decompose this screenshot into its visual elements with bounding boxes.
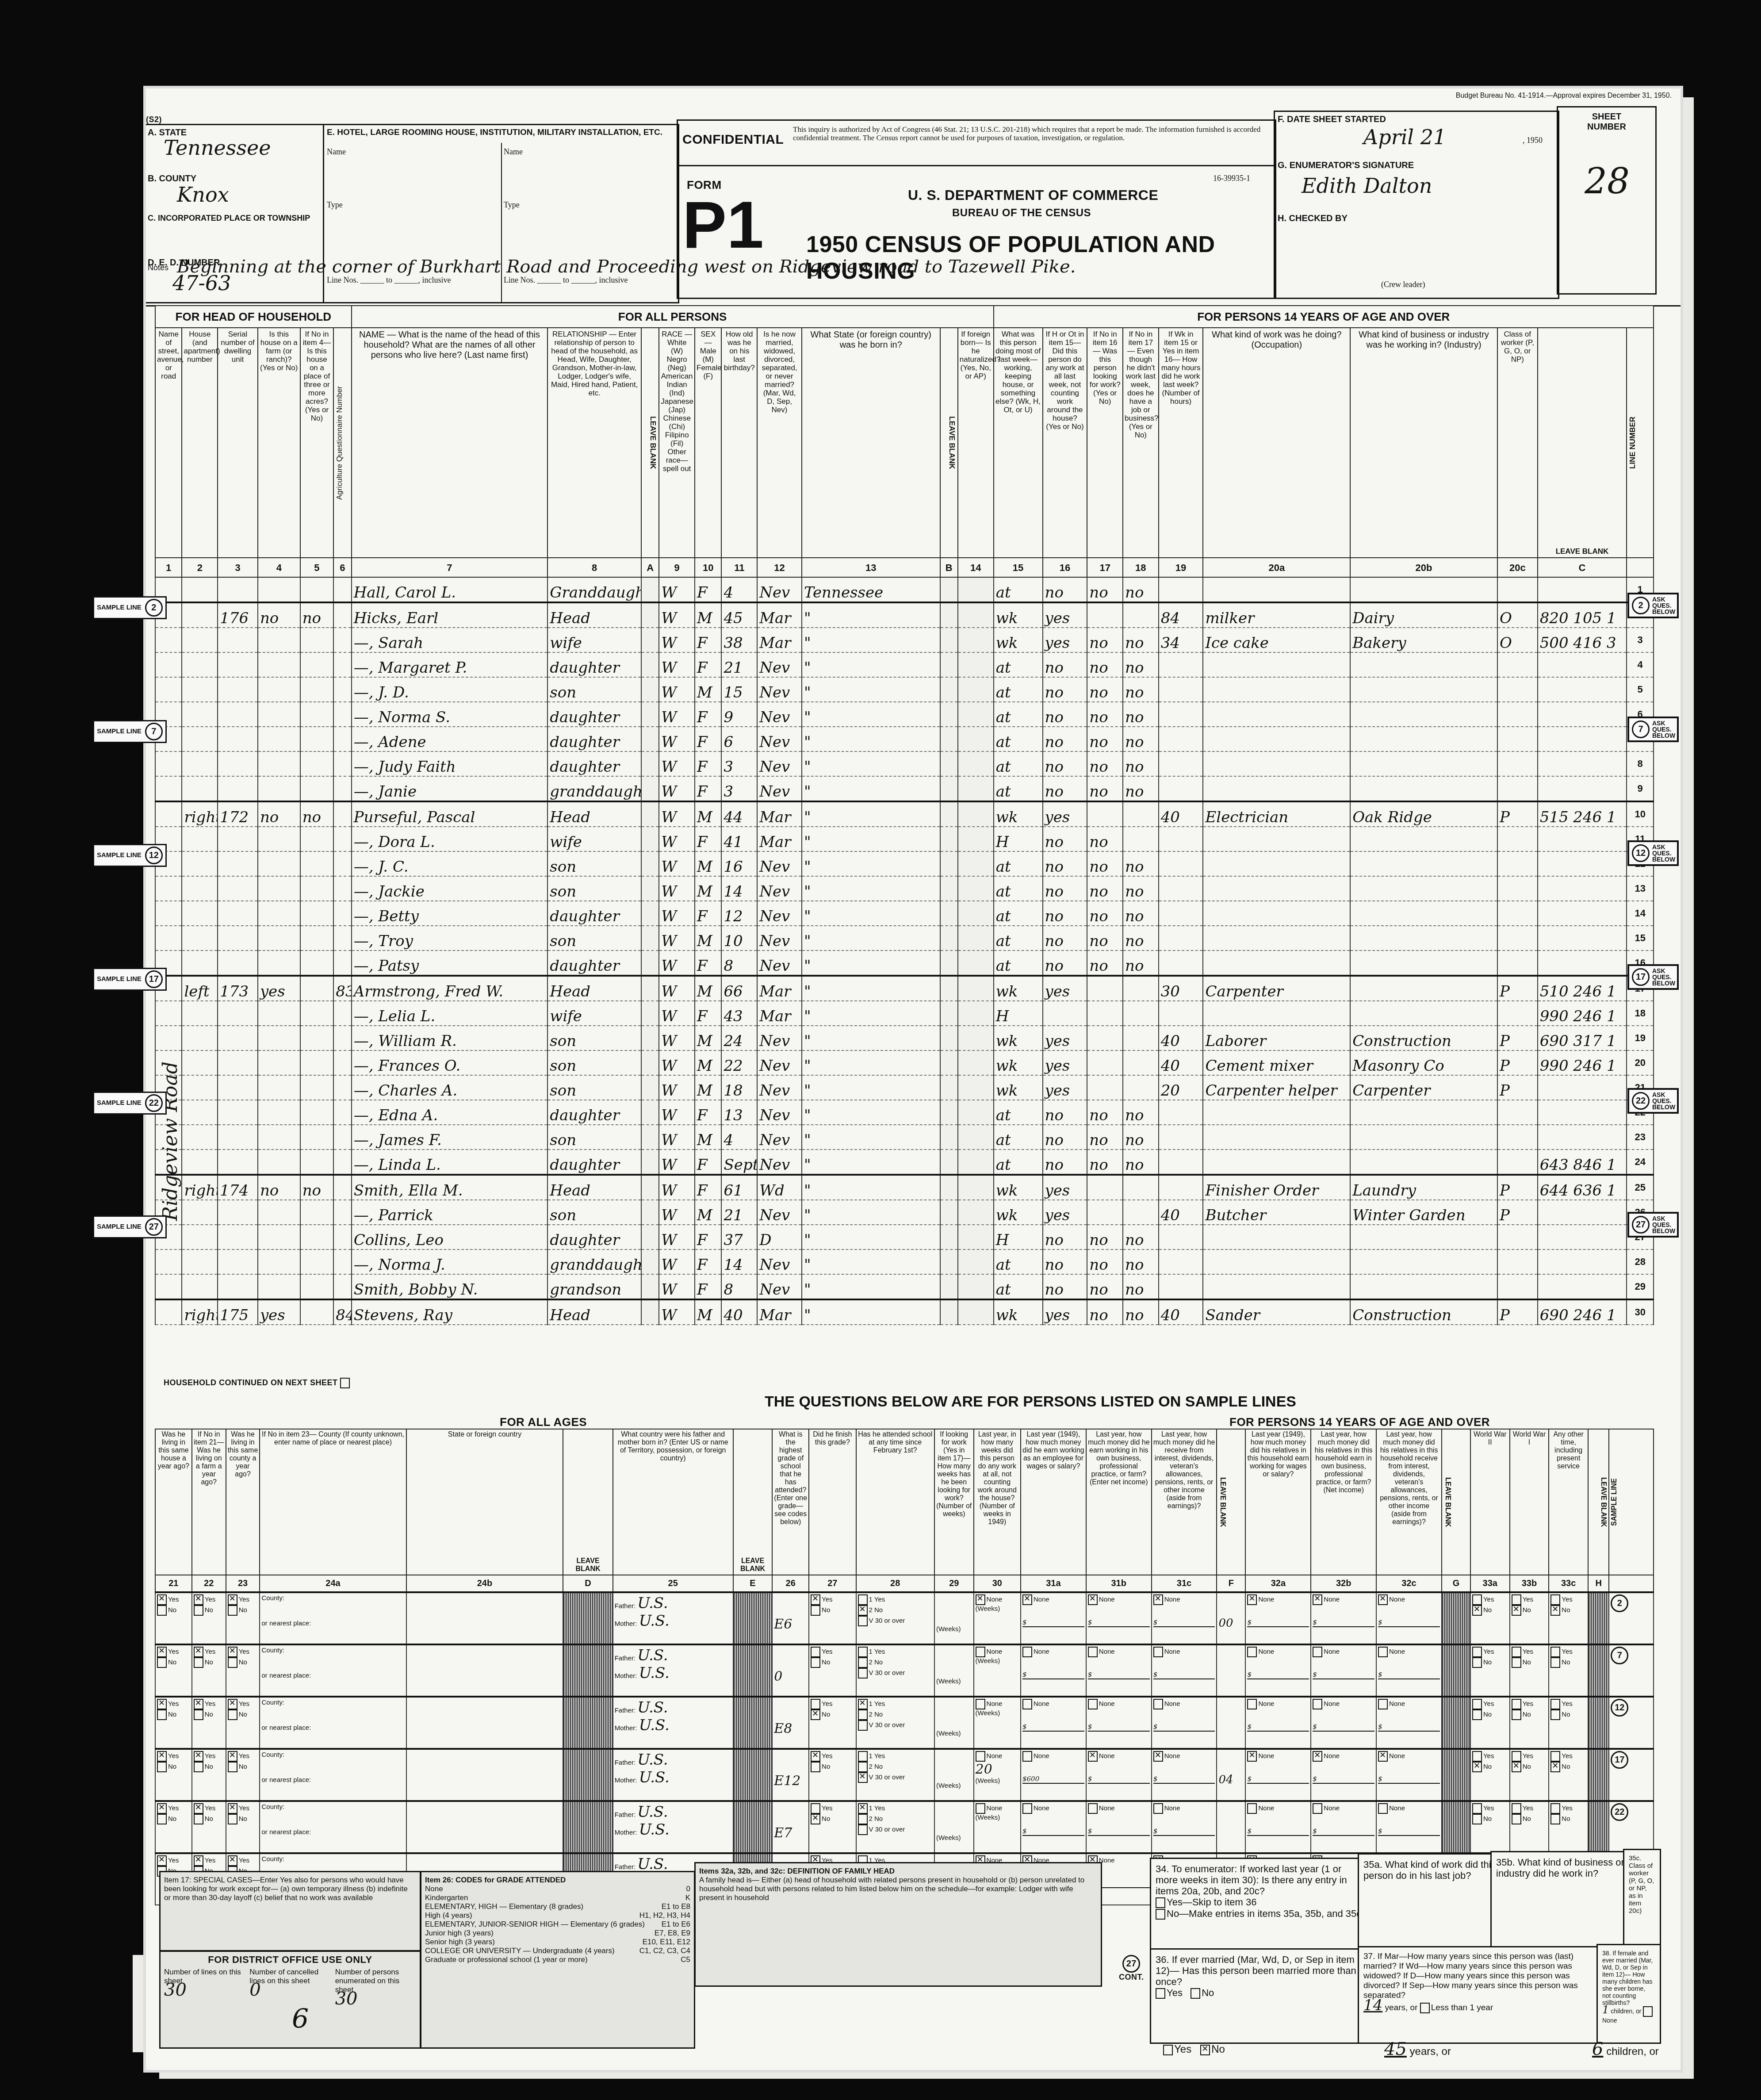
- cell-sex[interactable]: F: [695, 776, 721, 801]
- q31b-none-checkbox[interactable]: [1088, 1699, 1098, 1709]
- cell-acres[interactable]: [300, 677, 334, 702]
- cell-hours[interactable]: [1159, 776, 1203, 801]
- cell-job[interactable]: no: [1123, 577, 1159, 602]
- cell-looking[interactable]: [1087, 801, 1123, 827]
- cell-status[interactable]: wk: [994, 1175, 1043, 1200]
- q36-no-checkbox[interactable]: [1191, 1988, 1200, 1999]
- q37-years-value[interactable]: 14: [1363, 1997, 1382, 2014]
- cell-occupation[interactable]: [1203, 901, 1350, 926]
- cell-serial[interactable]: [218, 1125, 258, 1150]
- cell-serial[interactable]: [218, 1100, 258, 1125]
- cell-agri[interactable]: [333, 652, 351, 677]
- cell-farm[interactable]: [258, 702, 300, 727]
- cell-house[interactable]: [182, 727, 218, 751]
- cell-marital[interactable]: Nev: [757, 727, 802, 751]
- q33b-yes-checkbox[interactable]: [1512, 1594, 1521, 1605]
- cell-serial[interactable]: [218, 1001, 258, 1026]
- cell-status[interactable]: H: [994, 1001, 1043, 1026]
- cell-occupation[interactable]: Ice cake: [1203, 628, 1350, 652]
- cell-code[interactable]: [1538, 851, 1627, 876]
- q33c-no-checkbox[interactable]: [1550, 1605, 1560, 1616]
- cell-age[interactable]: 45: [721, 602, 757, 628]
- cell-farm[interactable]: [258, 851, 300, 876]
- cell-house[interactable]: [182, 1050, 218, 1075]
- cell-agri[interactable]: [333, 577, 351, 602]
- cell-acres[interactable]: [300, 827, 334, 851]
- cell-industry[interactable]: [1350, 652, 1497, 677]
- cell-house[interactable]: [182, 950, 218, 976]
- cell-name[interactable]: —, Sarah: [352, 628, 548, 652]
- cell-race[interactable]: W: [659, 577, 695, 602]
- cell-acres[interactable]: [300, 976, 334, 1001]
- cell-class[interactable]: [1497, 776, 1538, 801]
- father-birthplace[interactable]: U.S.: [637, 1699, 668, 1717]
- cell-code[interactable]: [1538, 1225, 1627, 1249]
- cell-occupation[interactable]: Butcher: [1203, 1200, 1350, 1225]
- cell-looking[interactable]: [1087, 1075, 1123, 1100]
- cell-age[interactable]: 41: [721, 827, 757, 851]
- notes-value[interactable]: Beginning at the corner of Burkhart Road…: [177, 257, 1076, 277]
- cell-house[interactable]: [182, 876, 218, 901]
- cell-agri[interactable]: [333, 1001, 351, 1026]
- cell-sex[interactable]: M: [695, 976, 721, 1001]
- cell-serial[interactable]: [218, 876, 258, 901]
- cell-birth[interactable]: ": [802, 1299, 940, 1325]
- cell-marital[interactable]: Mar: [757, 1001, 802, 1026]
- q31c-none-checkbox[interactable]: [1153, 1751, 1163, 1762]
- cell-industry[interactable]: [1350, 727, 1497, 751]
- q33c-yes-checkbox[interactable]: [1550, 1594, 1560, 1605]
- cell-rel[interactable]: granddaughter: [547, 1249, 641, 1274]
- cell-work[interactable]: no: [1043, 702, 1087, 727]
- cell-acres[interactable]: no: [300, 1175, 334, 1200]
- cell-race[interactable]: W: [659, 901, 695, 926]
- cell-work[interactable]: yes: [1043, 602, 1087, 628]
- q27-no-checkbox[interactable]: [811, 1762, 820, 1772]
- cell-farm[interactable]: no: [258, 602, 300, 628]
- cell-house[interactable]: left: [182, 976, 218, 1001]
- cell-job[interactable]: [1123, 1075, 1159, 1100]
- cell-birth[interactable]: ": [802, 628, 940, 652]
- grade-value[interactable]: E7: [774, 1825, 807, 1841]
- cell-race[interactable]: W: [659, 1125, 695, 1150]
- cell-work[interactable]: yes: [1043, 1299, 1087, 1325]
- cell-status[interactable]: wk: [994, 628, 1043, 652]
- cell-job[interactable]: [1123, 801, 1159, 827]
- cell-status[interactable]: at: [994, 1249, 1043, 1274]
- cell-house[interactable]: [182, 776, 218, 801]
- cell-race[interactable]: W: [659, 1274, 695, 1299]
- q21-yes-checkbox[interactable]: [157, 1594, 167, 1605]
- q23-yes-checkbox[interactable]: [228, 1855, 237, 1866]
- cell-class[interactable]: [1497, 577, 1538, 602]
- cell-agri[interactable]: [333, 602, 351, 628]
- cell-code[interactable]: [1538, 901, 1627, 926]
- cell-code[interactable]: [1538, 926, 1627, 950]
- cell-rel[interactable]: son: [547, 876, 641, 901]
- cell-birth[interactable]: ": [802, 727, 940, 751]
- cell-code[interactable]: [1538, 702, 1627, 727]
- cell-marital[interactable]: Mar: [757, 801, 802, 827]
- cancelled-value[interactable]: 0: [249, 1985, 330, 1994]
- cell-code[interactable]: 990 246 1: [1538, 1050, 1627, 1075]
- q32b-none-checkbox[interactable]: [1313, 1647, 1322, 1657]
- q23-no-checkbox[interactable]: [228, 1762, 237, 1772]
- cell-age[interactable]: 3: [721, 776, 757, 801]
- q31a-amount[interactable]: $: [1022, 1723, 1084, 1732]
- cell-industry[interactable]: [1350, 1274, 1497, 1299]
- cell-sex[interactable]: M: [695, 851, 721, 876]
- cell-class[interactable]: [1497, 751, 1538, 776]
- cell-name[interactable]: —, Adene: [352, 727, 548, 751]
- q31a-amount[interactable]: $: [1022, 1618, 1084, 1627]
- cell-rel[interactable]: Granddaughter: [547, 577, 641, 602]
- cell-birth[interactable]: ": [802, 776, 940, 801]
- cell-looking[interactable]: no: [1087, 1150, 1123, 1175]
- cell-acres[interactable]: [300, 577, 334, 602]
- cell-farm[interactable]: [258, 1274, 300, 1299]
- q27-yes-checkbox[interactable]: [811, 1647, 820, 1657]
- cell-name[interactable]: —, J. C.: [352, 851, 548, 876]
- cell-birth[interactable]: ": [802, 926, 940, 950]
- cell-serial[interactable]: [218, 751, 258, 776]
- cell-race[interactable]: W: [659, 727, 695, 751]
- q21-yes-checkbox[interactable]: [157, 1647, 167, 1657]
- q32c-none-checkbox[interactable]: [1378, 1594, 1388, 1605]
- cell-industry[interactable]: Oak Ridge: [1350, 801, 1497, 827]
- cell-industry[interactable]: Laundry: [1350, 1175, 1497, 1200]
- q33b-no-checkbox[interactable]: [1512, 1814, 1521, 1824]
- q21-yes-checkbox[interactable]: [157, 1803, 167, 1814]
- cell-farm[interactable]: yes: [258, 1299, 300, 1325]
- cell-occupation[interactable]: [1203, 876, 1350, 901]
- household-continued-checkbox[interactable]: [340, 1378, 350, 1388]
- cell-code[interactable]: [1538, 1075, 1627, 1100]
- cell-status[interactable]: at: [994, 1274, 1043, 1299]
- cell-hours[interactable]: [1159, 926, 1203, 950]
- cell-code[interactable]: 643 846 1: [1538, 1150, 1627, 1175]
- q27-no-checkbox[interactable]: [811, 1657, 820, 1668]
- cell-race[interactable]: W: [659, 950, 695, 976]
- cell-industry[interactable]: [1350, 1001, 1497, 1026]
- cell-status[interactable]: wk: [994, 602, 1043, 628]
- cell-job[interactable]: no: [1123, 1225, 1159, 1249]
- cell-house[interactable]: [182, 1274, 218, 1299]
- cell-status[interactable]: at: [994, 751, 1043, 776]
- q33a-no-checkbox[interactable]: [1472, 1814, 1482, 1824]
- cell-serial[interactable]: 175: [218, 1299, 258, 1325]
- cell-farm[interactable]: yes: [258, 976, 300, 1001]
- cell-farm[interactable]: [258, 1249, 300, 1274]
- cell-hours[interactable]: [1159, 827, 1203, 851]
- cell-farm[interactable]: [258, 1001, 300, 1026]
- cell-rel[interactable]: daughter: [547, 950, 641, 976]
- cell-looking[interactable]: [1087, 1001, 1123, 1026]
- cell-race[interactable]: W: [659, 1299, 695, 1325]
- cell-class[interactable]: [1497, 1150, 1538, 1175]
- cell-name[interactable]: —, Judy Faith: [352, 751, 548, 776]
- cell-status[interactable]: at: [994, 851, 1043, 876]
- cell-marital[interactable]: Mar: [757, 602, 802, 628]
- cell-code[interactable]: [1538, 1100, 1627, 1125]
- q31a-none-checkbox[interactable]: [1022, 1751, 1032, 1762]
- cell-agri[interactable]: [333, 1100, 351, 1125]
- cell-class[interactable]: O: [1497, 602, 1538, 628]
- cell-race[interactable]: W: [659, 776, 695, 801]
- cell-hours[interactable]: 40: [1159, 1026, 1203, 1050]
- cell-race[interactable]: W: [659, 1225, 695, 1249]
- cell-job[interactable]: [1123, 976, 1159, 1001]
- cell-farm[interactable]: no: [258, 1175, 300, 1200]
- cell-farm[interactable]: [258, 577, 300, 602]
- cell-marital[interactable]: Mar: [757, 976, 802, 1001]
- cell-occupation[interactable]: [1203, 1125, 1350, 1150]
- cell-work[interactable]: yes: [1043, 1200, 1087, 1225]
- q21-yes-checkbox[interactable]: [157, 1855, 167, 1866]
- cell-occupation[interactable]: [1203, 950, 1350, 976]
- cell-house[interactable]: [182, 677, 218, 702]
- cell-house[interactable]: right: [182, 1299, 218, 1325]
- q27-no-checkbox[interactable]: [811, 1605, 820, 1616]
- q33b-yes-checkbox[interactable]: [1512, 1699, 1521, 1709]
- cell-status[interactable]: wk: [994, 1075, 1043, 1100]
- cell-occupation[interactable]: [1203, 1100, 1350, 1125]
- cell-acres[interactable]: [300, 1001, 334, 1026]
- cell-work[interactable]: [1043, 1001, 1087, 1026]
- q32a-none-checkbox[interactable]: [1247, 1594, 1257, 1605]
- cell-class[interactable]: [1497, 1100, 1538, 1125]
- cell-acres[interactable]: [300, 901, 334, 926]
- q36-yes-checkbox[interactable]: [1156, 1988, 1165, 1999]
- cell-age[interactable]: 21: [721, 652, 757, 677]
- cell-class[interactable]: [1497, 926, 1538, 950]
- q31b-none-checkbox[interactable]: [1088, 1751, 1098, 1762]
- cell-rel[interactable]: wife: [547, 628, 641, 652]
- cell-sex[interactable]: F: [695, 1225, 721, 1249]
- cell-serial[interactable]: 176: [218, 602, 258, 628]
- cell-name[interactable]: —, Jackie: [352, 876, 548, 901]
- cell-hours[interactable]: 84: [1159, 602, 1203, 628]
- cell-age[interactable]: 10: [721, 926, 757, 950]
- cell-class[interactable]: O: [1497, 628, 1538, 652]
- cell-serial[interactable]: [218, 702, 258, 727]
- cell-job[interactable]: no: [1123, 727, 1159, 751]
- q32c-none-checkbox[interactable]: [1378, 1803, 1388, 1814]
- cell-code[interactable]: 690 317 1: [1538, 1026, 1627, 1050]
- cell-industry[interactable]: Masonry Co: [1350, 1050, 1497, 1075]
- cell-farm[interactable]: [258, 1225, 300, 1249]
- cell-marital[interactable]: Mar: [757, 628, 802, 652]
- cell-rel[interactable]: grandson: [547, 1274, 641, 1299]
- q32b-amount[interactable]: $: [1313, 1671, 1374, 1679]
- q32b-none-checkbox[interactable]: [1313, 1594, 1322, 1605]
- cell-industry[interactable]: [1350, 1150, 1497, 1175]
- cell-acres[interactable]: [300, 702, 334, 727]
- cell-agri[interactable]: [333, 776, 351, 801]
- cell-race[interactable]: W: [659, 1200, 695, 1225]
- q22-yes-checkbox[interactable]: [194, 1751, 203, 1762]
- cell-birth[interactable]: ": [802, 1200, 940, 1225]
- cell-street[interactable]: [155, 1249, 182, 1274]
- cell-code[interactable]: [1538, 1249, 1627, 1274]
- q33b-yes-checkbox[interactable]: [1512, 1751, 1521, 1762]
- cell-acres[interactable]: no: [300, 801, 334, 827]
- q32a-amount[interactable]: $: [1247, 1671, 1309, 1679]
- cell-farm[interactable]: [258, 1125, 300, 1150]
- cell-acres[interactable]: [300, 1225, 334, 1249]
- cell-occupation[interactable]: [1203, 926, 1350, 950]
- cell-marital[interactable]: Nev: [757, 1026, 802, 1050]
- cell-rel[interactable]: son: [547, 1050, 641, 1075]
- cell-house[interactable]: [182, 702, 218, 727]
- cell-rel[interactable]: wife: [547, 827, 641, 851]
- cell-serial[interactable]: 173: [218, 976, 258, 1001]
- cell-work[interactable]: yes: [1043, 1075, 1087, 1100]
- cell-status[interactable]: at: [994, 901, 1043, 926]
- q22-yes-checkbox[interactable]: [194, 1699, 203, 1709]
- cell-industry[interactable]: [1350, 1125, 1497, 1150]
- q33c-yes-checkbox[interactable]: [1550, 1751, 1560, 1762]
- cell-work[interactable]: no: [1043, 950, 1087, 976]
- q32a-none-checkbox[interactable]: [1247, 1699, 1257, 1709]
- cell-hours[interactable]: [1159, 901, 1203, 926]
- cell-rel[interactable]: son: [547, 926, 641, 950]
- q32c-amount[interactable]: $: [1378, 1775, 1440, 1784]
- cell-birth[interactable]: ": [802, 1225, 940, 1249]
- cell-looking[interactable]: [1087, 1175, 1123, 1200]
- q38-none-checkbox[interactable]: [1643, 2006, 1653, 2017]
- cell-house[interactable]: [182, 926, 218, 950]
- cell-occupation[interactable]: [1203, 677, 1350, 702]
- cell-job[interactable]: [1123, 1200, 1159, 1225]
- cell-sex[interactable]: F: [695, 727, 721, 751]
- cell-house[interactable]: [182, 1125, 218, 1150]
- q37-less-checkbox[interactable]: [1420, 2003, 1430, 2013]
- cell-work[interactable]: no: [1043, 827, 1087, 851]
- cell-code[interactable]: 500 416 3: [1538, 628, 1627, 652]
- q23-no-checkbox[interactable]: [228, 1814, 237, 1824]
- cell-status[interactable]: at: [994, 727, 1043, 751]
- cell-sex[interactable]: M: [695, 1125, 721, 1150]
- cell-marital[interactable]: Nev: [757, 1100, 802, 1125]
- cell-acres[interactable]: [300, 628, 334, 652]
- cell-sex[interactable]: M: [695, 602, 721, 628]
- cell-industry[interactable]: [1350, 976, 1497, 1001]
- cell-status[interactable]: wk: [994, 1026, 1043, 1050]
- q33b-no-checkbox[interactable]: [1512, 1657, 1521, 1668]
- q22-yes-checkbox[interactable]: [194, 1855, 203, 1866]
- cell-acres[interactable]: [300, 776, 334, 801]
- cell-race[interactable]: W: [659, 751, 695, 776]
- cell-house[interactable]: [182, 901, 218, 926]
- cell-rel[interactable]: son: [547, 1200, 641, 1225]
- q33c-no-checkbox[interactable]: [1550, 1657, 1560, 1668]
- cell-name[interactable]: —, Norma S.: [352, 702, 548, 727]
- cell-looking[interactable]: [1087, 1200, 1123, 1225]
- cell-job[interactable]: [1123, 1050, 1159, 1075]
- cell-industry[interactable]: [1350, 926, 1497, 950]
- cell-farm[interactable]: no: [258, 801, 300, 827]
- cell-sex[interactable]: F: [695, 1274, 721, 1299]
- cell-street[interactable]: [155, 628, 182, 652]
- q22-no-checkbox[interactable]: [194, 1709, 203, 1720]
- cell-agri[interactable]: [333, 1225, 351, 1249]
- q33b-yes-checkbox[interactable]: [1512, 1647, 1521, 1657]
- q33a-no-checkbox[interactable]: [1472, 1657, 1482, 1668]
- q21-no-checkbox[interactable]: [157, 1762, 167, 1772]
- cell-rel[interactable]: daughter: [547, 727, 641, 751]
- cell-street[interactable]: [155, 901, 182, 926]
- cell-rel[interactable]: Head: [547, 976, 641, 1001]
- cell-rel[interactable]: daughter: [547, 901, 641, 926]
- cell-house[interactable]: [182, 751, 218, 776]
- cell-agri[interactable]: [333, 1125, 351, 1150]
- cell-rel[interactable]: daughter: [547, 652, 641, 677]
- q27-yes-checkbox[interactable]: [811, 1594, 820, 1605]
- q21-no-checkbox[interactable]: [157, 1657, 167, 1668]
- cell-farm[interactable]: [258, 1200, 300, 1225]
- cell-age[interactable]: 18: [721, 1075, 757, 1100]
- grade-value[interactable]: E6: [774, 1617, 807, 1632]
- cell-house[interactable]: [182, 1225, 218, 1249]
- cell-agri[interactable]: [333, 801, 351, 827]
- cell-serial[interactable]: [218, 1150, 258, 1175]
- q33a-yes-checkbox[interactable]: [1472, 1594, 1482, 1605]
- cell-house[interactable]: [182, 1026, 218, 1050]
- q31c-none-checkbox[interactable]: [1153, 1647, 1163, 1657]
- q31c-none-checkbox[interactable]: [1153, 1699, 1163, 1709]
- cell-hours[interactable]: [1159, 1225, 1203, 1249]
- cell-agri[interactable]: [333, 1249, 351, 1274]
- q31a-none-checkbox[interactable]: [1022, 1803, 1032, 1814]
- q27-no-checkbox[interactable]: [811, 1814, 820, 1824]
- father-birthplace[interactable]: U.S.: [637, 1647, 668, 1664]
- cell-age[interactable]: 15: [721, 677, 757, 702]
- cell-occupation[interactable]: [1203, 702, 1350, 727]
- cell-code[interactable]: 690 246 1: [1538, 1299, 1627, 1325]
- cell-code[interactable]: [1538, 950, 1627, 976]
- cell-agri[interactable]: 84: [333, 1299, 351, 1325]
- q33a-yes-checkbox[interactable]: [1472, 1803, 1482, 1814]
- q32a-amount[interactable]: $: [1247, 1618, 1309, 1627]
- cell-age[interactable]: 6: [721, 727, 757, 751]
- cell-work[interactable]: no: [1043, 751, 1087, 776]
- cell-status[interactable]: wk: [994, 1299, 1043, 1325]
- date-value[interactable]: April 21: [1363, 125, 1446, 149]
- cell-race[interactable]: W: [659, 926, 695, 950]
- cell-sex[interactable]: F: [695, 1249, 721, 1274]
- cell-farm[interactable]: [258, 926, 300, 950]
- cell-code[interactable]: 820 105 1: [1538, 602, 1627, 628]
- cell-farm[interactable]: [258, 1100, 300, 1125]
- q32b-amount[interactable]: $: [1313, 1827, 1374, 1836]
- cell-looking[interactable]: no: [1087, 776, 1123, 801]
- cell-agri[interactable]: [333, 727, 351, 751]
- cell-hours[interactable]: [1159, 677, 1203, 702]
- cell-class[interactable]: [1497, 702, 1538, 727]
- cell-house[interactable]: [182, 1100, 218, 1125]
- cell-status[interactable]: at: [994, 577, 1043, 602]
- mother-birthplace[interactable]: U.S.: [639, 1769, 670, 1786]
- cell-street[interactable]: [155, 1274, 182, 1299]
- cell-name[interactable]: Stevens, Ray: [352, 1299, 548, 1325]
- cell-job[interactable]: no: [1123, 1125, 1159, 1150]
- cell-age[interactable]: 3: [721, 751, 757, 776]
- cell-occupation[interactable]: [1203, 851, 1350, 876]
- cell-name[interactable]: Smith, Ella M.: [352, 1175, 548, 1200]
- cell-work[interactable]: no: [1043, 851, 1087, 876]
- cell-agri[interactable]: 83: [333, 976, 351, 1001]
